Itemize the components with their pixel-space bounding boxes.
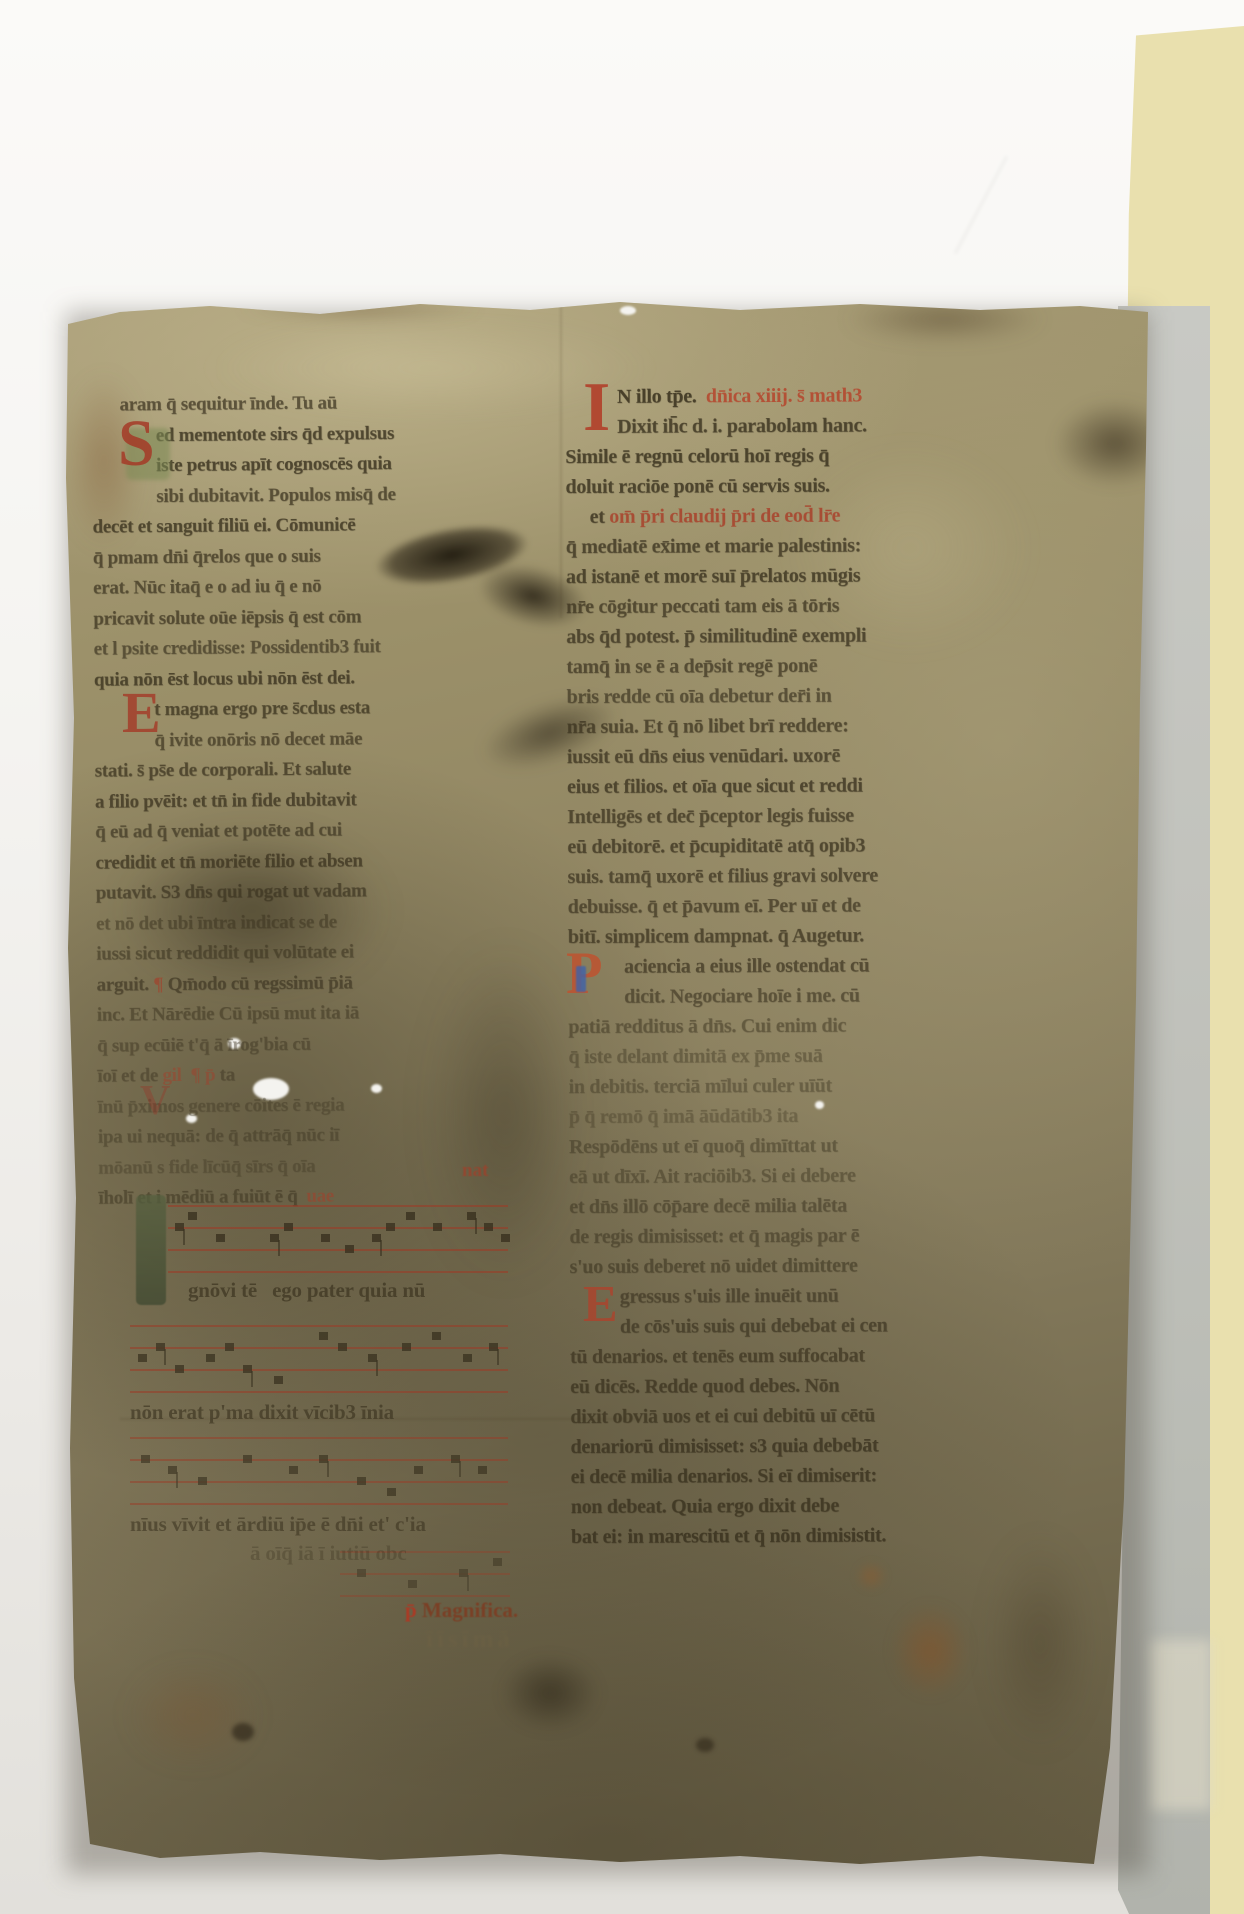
text-segment: tamq̄ in se ē a dep̄sit regē ponē [566,655,817,678]
text-segment: bris redde cū oīa debetur der̄i in [567,685,832,708]
text-segment: nr̄a suia. Et q̄ nō libet brī reddere: [567,715,849,738]
neume [501,1234,510,1242]
neume [357,1477,366,1485]
left-initial-v-faded: V [140,1084,170,1120]
text-segment: Respōdēns ut eī quoq̄ dimīttat ut [569,1135,838,1158]
text-line: pricavit solute oūe iēpsis q̄ est cōm [93,605,478,639]
text-line: bris redde cū oīa debetur der̄i in [567,684,987,716]
chant-lyric-line: gnōvi tē ego pater quia nū [188,1278,425,1303]
text-segment: ipa ui nequā: de q̄ attrāq̄ nūc iī [98,1125,339,1148]
neume [368,1354,377,1362]
text-line: s'uo suis deberet nō uidet dimittere [569,1254,989,1286]
text-line: aciencia a eius ille ostendat cū [568,954,988,986]
text-line: ipa ui nequā: de q̄ attrāq̄ nūc iī [98,1123,483,1157]
staff-line [130,1437,508,1439]
text-segment: s'uo suis deberet nō uidet dimittere [569,1255,857,1279]
neume [206,1354,215,1362]
text-segment: in debitis. terciā mīlui culer uīūt [569,1075,832,1098]
text-segment: patiā redditus ā dn̄s. Cui enim dic [568,1015,846,1038]
text-segment: stati. s̄ ps̄e de corporali. Et salute [95,758,351,781]
text-line: q̄ sup ecūiē t'q̄ ā īrog'bia cū [97,1032,482,1066]
text-line: q̄ iste delant dimitā ex p̄me suā [568,1044,988,1076]
text-segment: iussit eū dn̄s eius venūdari. uxorē [567,745,840,768]
dark-staining-band [975,1503,1105,1783]
text-segment: N illo tp̄e. [617,385,706,407]
text-segment: et l psite credidisse: Possidentib3 fuit [94,636,381,660]
text-segment: et nō det ubi īntra indicat se de [96,911,337,934]
text-segment: gressus s'uis ille inuēit unū [620,1285,839,1308]
text-line: decēt et sanguit filiū ei. Cōmunicē [92,513,477,547]
manuscript-photograph: aram q̄ sequitur īnde. Tu aūed mementote… [0,0,1244,1914]
text-line: N illo tp̄e. dn̄ica xiiij. s̄ math3 [565,384,985,416]
right-text-column: N illo tp̄e. dn̄ica xiiij. s̄ math3Dixit… [565,384,991,1556]
neume [225,1343,234,1351]
text-line: inc. Et Nārēdie Cū ipsū mut ita iā [97,1001,482,1035]
text-segment: uae [306,1186,334,1207]
text-line: bitī. simplicem dampnat. q̄ Augetur. [568,924,988,956]
text-segment: ed mementote sirs q̄d expulsus [156,423,394,446]
text-segment: pricavit solute oūe iēpsis q̄ est cōm [93,606,361,629]
text-line: doluit raciōe ponē cū servis suis. [565,474,985,506]
text-line: et l psite credidisse: Possidentib3 fuit [94,635,479,669]
neume [408,1580,417,1588]
neume [198,1477,207,1485]
text-segment: iste petrus apīt cognoscēs quia [156,453,392,476]
text-line: tū denarios. et tenēs eum suffocabat [570,1344,990,1376]
text-line: iussit eū dn̄s eius venūdari. uxorē [567,744,987,776]
text-segment: doluit raciōe ponē cū servis suis. [565,475,829,498]
text-segment: q̄ eū ad q̄ veniat et potēte ad cui [95,820,342,843]
neume [141,1455,150,1463]
neume [319,1455,328,1463]
show-through-ghost-text: īīsīmā [426,1626,514,1654]
text-segment: erat. Nūc itaq̄ e o ad iu q̄ e nō [93,576,321,599]
text-segment: om̄ p̄ri claudij p̄ri de eod̄ lr̄e [609,505,840,528]
staff-line [130,1369,508,1371]
left-initial-e: E [122,688,161,737]
text-segment: debuisse. q̄ et p̄avum eī. Per uī et de [568,895,861,919]
text-segment: dn̄ica xiiij. s̄ math3 [706,385,862,408]
text-segment: Magnifica. [422,1598,518,1622]
text-segment: eius et filios. et oīa que sicut et redd… [567,775,863,799]
text-segment: dicit. Negociare hoīe i me. cū [624,985,860,1008]
neume [387,1488,396,1496]
chant-lyric-line: nōn erat p'ma dixit vīcib3 īnia [130,1400,394,1425]
ink-spot [232,1723,254,1741]
text-line: Simile ē regnū celorū hoī regis q̄ [565,444,985,476]
chant-lyric-line: ā oīq̄ iā ī iutiū obc [250,1541,406,1566]
neume [319,1332,328,1340]
text-segment: inc. Et Nārēdie Cū ipsū mut ita iā [97,1002,359,1025]
staff-line [130,1325,508,1327]
text-segment: de regis dimisisset: et q̄ magis par ē [569,1225,859,1249]
neume [357,1569,366,1577]
rust-stain [878,1588,983,1713]
neume [345,1245,354,1253]
staff-line [168,1205,508,1207]
neume [216,1234,225,1242]
neume [459,1569,468,1577]
neume [432,1332,441,1340]
right-initial-i: I [583,378,610,438]
text-segment: non debeat. Quia ergo dixit debe [571,1495,839,1518]
text-line: eū dicēs. Redde quod debes. Nōn [570,1374,990,1406]
text-line: denariorū dimisisset: s3 quia debebāt [570,1434,990,1466]
staff-line [168,1249,508,1251]
text-line: non debeat. Quia ergo dixit debe [571,1494,991,1526]
staff-line [130,1391,508,1393]
left-initial-s: S [118,416,155,472]
neume [402,1343,411,1351]
text-segment: ¶ p̄ [190,1065,215,1086]
staff-line [130,1481,508,1483]
neume [386,1223,395,1231]
neume [168,1466,177,1474]
text-segment: bat ei: in marescitū et q̄ nōn dimisisti… [571,1524,886,1548]
backdrop-crease [954,156,1007,254]
text-line: erat. Nūc itaq̄ e o ad iu q̄ e nō [93,574,478,608]
colophon-rubric: p̄ Magnifica. [405,1598,518,1623]
text-segment: eū debitorē. et p̄cupiditatē atq̄ opib3 [567,835,865,859]
neume [175,1223,184,1231]
neume [372,1234,381,1242]
rust-stain [850,1556,892,1596]
text-segment: abs q̄d potest. p̄ similitudinē exempli [566,625,866,649]
text-segment: q̄ sup ecūiē t'q̄ ā īrog'bia cū [97,1033,311,1056]
text-segment: de cōs'uis suis qui debebat ei cen [620,1314,888,1337]
text-line: dicit. Negociare hoīe i me. cū [568,984,988,1016]
neume [243,1455,252,1463]
guard-strip-fold [1150,1640,1212,1810]
text-segment: Simile ē regnū celorū hoī regis q̄ [565,445,829,468]
text-segment: eā ut dīxī. Ait raciōib3. Si ei debere [569,1165,856,1189]
text-line: stati. s̄ ps̄e de corporali. Et salute [95,757,480,791]
text-segment: arguit. [96,974,153,995]
text-segment: decēt et sanguit filiū ei. Cōmunicē [92,514,355,537]
neume [156,1343,165,1351]
text-line: q̄ pmam dn̄i q̄relos que o suis [93,544,478,578]
text-line: abs q̄d potest. p̄ similitudinē exempli [566,624,986,656]
text-line: iussi sicut reddidit qui volūtate ei [96,940,481,974]
neume [406,1212,415,1220]
text-line: debuisse. q̄ et p̄avum eī. Per uī et de [568,894,988,926]
rust-stain [108,1650,278,1780]
text-segment: q̄ pmam dn̄i q̄relos que o suis [93,545,321,568]
text-line: ei decē milia denarios. Si eī dimiserit: [571,1464,991,1496]
text-segment: ¶ [153,974,163,995]
text-segment: dixit obviā uos et ei cui debitū uī cētū [570,1404,875,1428]
staff-line [168,1271,508,1273]
right-initial-e: E [583,1283,618,1327]
chant-lyric-line: nīus vīvit et ārdiū ip̄e ē dn̄i et' c'ia [130,1512,426,1537]
text-segment: mōanū s fide līcūq̄ sīrs q̄ oīa [98,1155,315,1178]
text-segment: credidit et tn̄ moriēte filio et absen [95,850,362,873]
text-line: dixit obviā uos et ei cui debitū uī cētū [570,1404,990,1436]
text-segment [182,1065,191,1086]
text-segment: a filio pvēit: et tn̄ in fide dubitavit [95,789,357,812]
text-line: p̄ q̄ remō q̄ imā āūdātib3 ita [569,1104,989,1136]
text-line: bat ei: in marescitū et q̄ nōn dimisisti… [571,1524,991,1556]
text-segment: et dn̄s illō cōp̄are decē milia talēta [569,1195,847,1218]
text-line: q̄ mediatē ex̄ime et marie palestinis: [566,534,986,566]
text-line: nr̄e cōgitur peccati tam eis ā tōris [566,594,986,626]
neume [243,1365,252,1373]
vertical-crease [560,298,562,618]
text-line: arguit. ¶ Qm̄odo cū regssimū p̄iā [96,971,481,1005]
neume [478,1466,487,1474]
chant-staff [130,1325,508,1395]
neume [284,1223,293,1231]
text-line: et om̄ p̄ri claudij p̄ri de eod̄ lr̄e [566,504,986,536]
text-segment: q̄ ivite onōris nō decet māe [154,728,362,751]
text-segment: et [590,506,610,528]
text-line: de regis dimisisset: et q̄ magis par ē [569,1224,989,1256]
neume [489,1343,498,1351]
text-segment: tū denarios. et tenēs eum suffocabat [570,1345,865,1369]
text-line: eū debitorē. et p̄cupiditatē atq̄ opib3 [567,834,987,866]
text-line: Respōdēns ut eī quoq̄ dimīttat ut [569,1134,989,1166]
text-line: mōanū s fide līcūq̄ sīrs q̄ oīa [98,1154,483,1188]
text-segment: suis. tamq̄ uxorē et filius gravi solver… [567,864,878,888]
text-segment: q̄ iste delant dimitā ex p̄me suā [568,1045,822,1068]
text-line: eā ut dīxī. Ait raciōib3. Si ei debere [569,1164,989,1196]
text-line: ad istanē et morē suī p̄relatos mūgis [566,564,986,596]
text-segment: nr̄e cōgitur peccati tam eis ā tōris [566,595,839,618]
chant-staff [130,1437,508,1507]
neume [463,1354,472,1362]
staff-line [130,1347,508,1349]
neume [338,1343,347,1351]
neume [188,1212,197,1220]
text-segment: Intelligēs et dec̄ p̄ceptor legis fuisse [567,805,854,828]
text-segment: sibi dubitavit. Populos misq̄ de [156,484,396,507]
text-segment: p̄ q̄ remō q̄ imā āūdātib3 ita [569,1105,798,1128]
text-line: tamq̄ in se ē a dep̄sit regē ponē [566,654,986,686]
text-line: putavit. S3 dn̄s qui rogat ut vadam [96,879,481,913]
text-line: Dixit ih̄c d. i. parabolam hanc. [565,414,985,446]
text-line: Intelligēs et dec̄ p̄ceptor legis fuisse [567,804,987,836]
ink-stain [485,1643,615,1743]
text-segment: denariorū dimisisset: s3 quia debebāt [570,1434,878,1458]
neume [414,1466,423,1474]
neume [493,1558,502,1566]
text-line: nr̄a suia. Et q̄ nō libet brī reddere: [567,714,987,746]
edge-nick [620,306,636,315]
text-line: et nō det ubi īntra indicat se de [96,910,481,944]
text-segment: īnū p̄ximos genere cōites ē regia [98,1094,345,1117]
text-segment: bitī. simplicem dampnat. q̄ Augetur. [568,925,864,949]
text-segment: ta [215,1064,235,1085]
marginal-red-word: nat [462,1160,488,1182]
neume [274,1376,283,1384]
text-line: sibi dubitavit. Populos misq̄ de [92,483,477,517]
neume [484,1223,493,1231]
text-line: q̄ eū ad q̄ veniat et potēte ad cui [95,818,480,852]
text-segment: eū dicēs. Redde quod debes. Nōn [570,1375,839,1398]
text-line: de cōs'uis suis qui debebat ei cen [570,1314,990,1346]
text-line: eius et filios. et oīa que sicut et redd… [567,774,987,806]
neume [289,1466,298,1474]
neume [138,1354,147,1362]
text-line: gressus s'uis ille inuēit unū [570,1284,990,1316]
text-line: et dn̄s illō cōp̄are decē milia talēta [569,1194,989,1226]
staff-line [130,1503,508,1505]
music-initial-bar [136,1195,166,1305]
neume [270,1234,279,1242]
chant-staff [168,1205,508,1275]
text-segment: q̄ mediatē ex̄ime et marie palestinis: [566,535,861,559]
text-line: a filio pvēit: et tn̄ in fide dubitavit [95,788,480,822]
neume [175,1365,184,1373]
text-line: in debitis. terciā mīlui culer uīūt [569,1074,989,1106]
manuscript-leaf: aram q̄ sequitur īnde. Tu aūed mementote… [60,298,1154,1874]
text-segment: ad istanē et morē suī p̄relatos mūgis [566,565,861,589]
text-segment: aciencia a eius ille ostendat cū [624,955,870,978]
text-segment: Qm̄odo cū regssimū p̄iā [163,972,353,995]
text-line: patiā redditus ā dn̄s. Cui enim dic [568,1014,988,1046]
neume [451,1455,460,1463]
staff-line [340,1595,510,1597]
text-segment: iussi sicut reddidit qui volūtate ei [96,941,354,964]
staff-line [168,1227,508,1229]
text-segment: Dixit ih̄c d. i. parabolam hanc. [617,415,867,438]
neume [321,1234,330,1242]
neume [433,1223,442,1231]
neume [467,1212,476,1220]
text-line: suis. tamq̄ uxorē et filius gravi solver… [567,864,987,896]
text-segment: putavit. S3 dn̄s qui rogat ut vadam [96,880,367,903]
text-segment: ei decē milia denarios. Si eī dimiserit: [571,1464,877,1488]
ink-spot [696,1738,714,1752]
text-line: credidit et tn̄ moriēte filio et absen [95,849,480,883]
text-segment: p̄ [405,1598,422,1622]
text-segment: t magna ergo pre s̄cdus esta [154,697,370,720]
initial-blue-accent [576,966,586,992]
